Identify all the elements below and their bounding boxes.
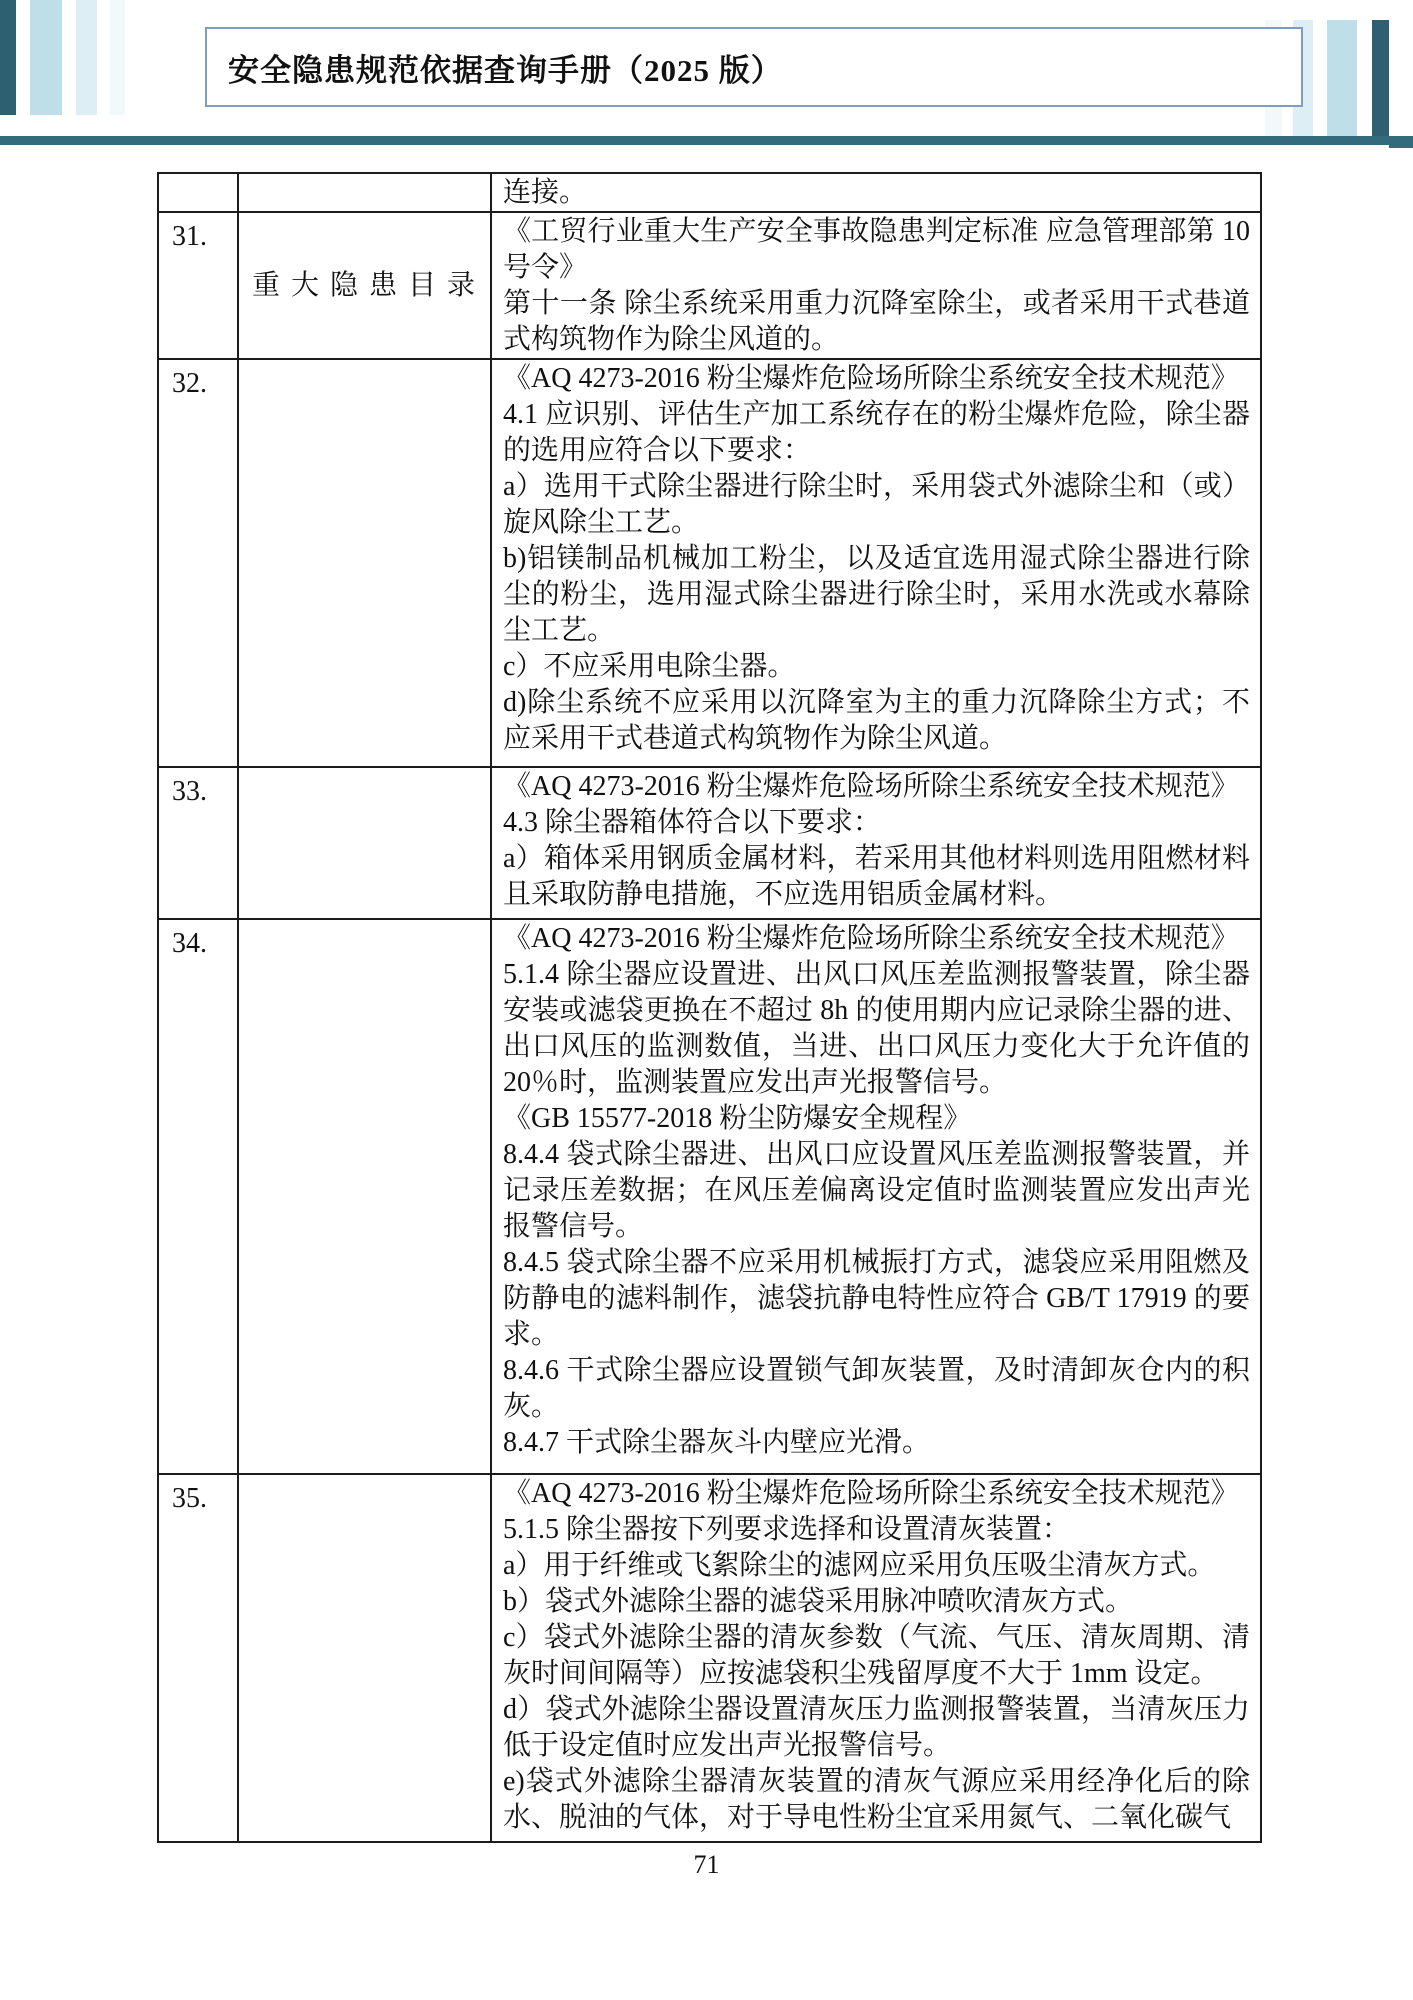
content-paragraph: 5.1.4 除尘器应设置进、出风口风压差监测报警装置，除尘器安装或滤袋更换在不超… — [503, 957, 1250, 1101]
table-row-32: 32. 《AQ 4273-2016 粉尘爆炸危险场所除尘系统安全技术规范》 4.… — [158, 359, 1261, 767]
content-paragraph: 《GB 15577-2018 粉尘防爆安全规程》 — [503, 1101, 1250, 1137]
content-paragraph: 4.1 应识别、评估生产加工系统存在的粉尘爆炸危险，除尘器的选用应符合以下要求： — [503, 397, 1250, 469]
row-number: 32. — [158, 359, 238, 767]
table-row-continuation: 连接。 — [158, 173, 1261, 212]
decor-bar-medium-left — [30, 0, 62, 115]
row-number: 35. — [158, 1474, 238, 1842]
row-category — [238, 173, 491, 212]
row-category — [238, 1474, 491, 1842]
page-title: 安全隐患规范依据查询手册（2025 版） — [228, 45, 783, 90]
content-paragraph: d)除尘系统不应采用以沉降室为主的重力沉降除尘方式；不应采用干式巷道式构筑物作为… — [503, 685, 1250, 757]
decor-bar-dark-right — [1372, 20, 1389, 145]
row-number — [158, 173, 238, 212]
content-paragraph: e)袋式外滤除尘器清灰装置的清灰气源应采用经净化后的除水、脱油的气体，对于导电性… — [503, 1764, 1250, 1836]
content-paragraph: 《工贸行业重大生产安全事故隐患判定标准 应急管理部第 10 号令》 — [503, 214, 1250, 286]
decor-bar-dark-left — [0, 0, 16, 115]
row-content: 《工贸行业重大生产安全事故隐患判定标准 应急管理部第 10 号令》 第十一条 除… — [491, 212, 1261, 359]
content-paragraph: c）不应采用电除尘器。 — [503, 649, 1250, 685]
row-content: 《AQ 4273-2016 粉尘爆炸危险场所除尘系统安全技术规范》 5.1.5 … — [491, 1474, 1261, 1842]
decor-bar-horizontal — [0, 136, 1413, 145]
document-page: 安全隐患规范依据查询手册（2025 版） 连接。 31. 重大隐患目录 《工贸行… — [0, 0, 1413, 2000]
content-paragraph: 8.4.4 袋式除尘器进、出风口应设置风压差监测报警装置，并记录压差数据；在风压… — [503, 1137, 1250, 1245]
row-number: 33. — [158, 767, 238, 919]
table-row-34: 34. 《AQ 4273-2016 粉尘爆炸危险场所除尘系统安全技术规范》 5.… — [158, 919, 1261, 1474]
row-category — [238, 359, 491, 767]
table-row-31: 31. 重大隐患目录 《工贸行业重大生产安全事故隐患判定标准 应急管理部第 10… — [158, 212, 1261, 359]
row-category — [238, 767, 491, 919]
row-content: 《AQ 4273-2016 粉尘爆炸危险场所除尘系统安全技术规范》 4.3 除尘… — [491, 767, 1261, 919]
content-paragraph: 《AQ 4273-2016 粉尘爆炸危险场所除尘系统安全技术规范》 — [503, 1476, 1250, 1512]
content-paragraph: 8.4.7 干式除尘器灰斗内壁应光滑。 — [503, 1425, 1250, 1461]
content-paragraph: a）选用干式除尘器进行除尘时，采用袋式外滤除尘和（或）旋风除尘工艺。 — [503, 469, 1250, 541]
content-paragraph: 5.1.5 除尘器按下列要求选择和设置清灰装置： — [503, 1512, 1250, 1548]
decor-bar-faint-left — [110, 0, 125, 115]
content-paragraph: 8.4.5 袋式除尘器不应采用机械振打方式，滤袋应采用阻燃及防静电的滤料制作，滤… — [503, 1245, 1250, 1353]
row-content: 《AQ 4273-2016 粉尘爆炸危险场所除尘系统安全技术规范》 5.1.4 … — [491, 919, 1261, 1474]
decor-bar-light-left — [76, 0, 97, 115]
row-content: 《AQ 4273-2016 粉尘爆炸危险场所除尘系统安全技术规范》 4.1 应识… — [491, 359, 1261, 767]
content-paragraph: c）袋式外滤除尘器的清灰参数（气流、气压、清灰周期、清灰时间间隔等）应按滤袋积尘… — [503, 1620, 1250, 1692]
content-table: 连接。 31. 重大隐患目录 《工贸行业重大生产安全事故隐患判定标准 应急管理部… — [157, 172, 1262, 1843]
content-paragraph: a）箱体采用钢质金属材料，若采用其他材料则选用阻燃材料且采取防静电措施，不应选用… — [503, 841, 1250, 913]
decor-bar-medium-right — [1327, 20, 1357, 137]
page-number: 71 — [0, 1850, 1413, 1880]
content-paragraph: 8.4.6 干式除尘器应设置锁气卸灰装置，及时清卸灰仓内的积灰。 — [503, 1353, 1250, 1425]
row-category — [238, 919, 491, 1474]
row-number: 31. — [158, 212, 238, 359]
decor-bar-horizontal-tail — [1389, 140, 1413, 148]
row-category: 重大隐患目录 — [238, 212, 491, 359]
row-content: 连接。 — [491, 173, 1261, 212]
row-number: 34. — [158, 919, 238, 1474]
content-paragraph: 第十一条 除尘系统采用重力沉降室除尘，或者采用干式巷道式构筑物作为除尘风道的。 — [503, 286, 1250, 358]
title-box: 安全隐患规范依据查询手册（2025 版） — [205, 27, 1303, 107]
content-paragraph: 4.3 除尘器箱体符合以下要求： — [503, 805, 1250, 841]
content-paragraph: a）用于纤维或飞絮除尘的滤网应采用负压吸尘清灰方式。 — [503, 1548, 1250, 1584]
content-paragraph: d）袋式外滤除尘器设置清灰压力监测报警装置，当清灰压力低于设定值时应发出声光报警… — [503, 1692, 1250, 1764]
content-paragraph: 《AQ 4273-2016 粉尘爆炸危险场所除尘系统安全技术规范》 — [503, 361, 1250, 397]
table-row-35: 35. 《AQ 4273-2016 粉尘爆炸危险场所除尘系统安全技术规范》 5.… — [158, 1474, 1261, 1842]
content-paragraph: b)铝镁制品机械加工粉尘，以及适宜选用湿式除尘器进行除尘的粉尘，选用湿式除尘器进… — [503, 541, 1250, 649]
content-paragraph: 《AQ 4273-2016 粉尘爆炸危险场所除尘系统安全技术规范》 — [503, 769, 1250, 805]
content-paragraph: b）袋式外滤除尘器的滤袋采用脉冲喷吹清灰方式。 — [503, 1584, 1250, 1620]
content-paragraph: 《AQ 4273-2016 粉尘爆炸危险场所除尘系统安全技术规范》 — [503, 921, 1250, 957]
content-paragraph: 连接。 — [503, 175, 1250, 211]
table-row-33: 33. 《AQ 4273-2016 粉尘爆炸危险场所除尘系统安全技术规范》 4.… — [158, 767, 1261, 919]
